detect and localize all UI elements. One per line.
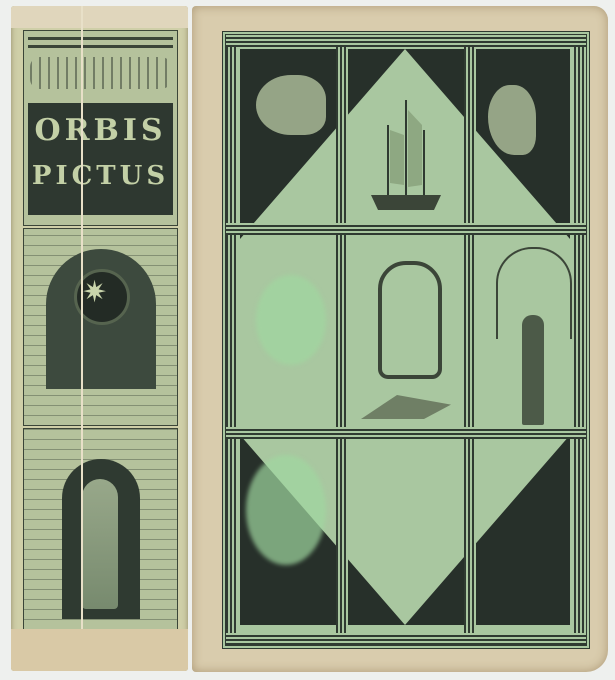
spine-title-line1: ORBIS xyxy=(28,113,173,148)
eagle-motif xyxy=(488,85,536,155)
soldier-motif xyxy=(522,315,544,425)
frame-bar xyxy=(226,427,586,439)
spine-figure-panel xyxy=(23,428,178,630)
lyre-icon xyxy=(378,261,442,379)
frame-bar xyxy=(226,223,586,235)
frame-bar xyxy=(464,35,476,645)
title-block: ORBIS PICTUS xyxy=(28,103,173,215)
wear-stain xyxy=(256,275,326,365)
frame-bar xyxy=(226,35,238,645)
spine-top-cap xyxy=(11,6,188,28)
wear-stain xyxy=(246,455,326,565)
spine-star-panel: ✷ xyxy=(23,228,178,426)
book-spine: ORBIS PICTUS ✷ xyxy=(11,6,188,671)
scroll-ornament xyxy=(30,57,171,89)
frame-bar xyxy=(226,633,586,645)
rule xyxy=(28,37,173,40)
rule xyxy=(28,45,173,48)
spine-bottom-cap xyxy=(11,629,188,671)
star-icon: ✷ xyxy=(82,275,107,310)
spine-title-line2: PICTUS xyxy=(28,161,173,191)
ship-icon xyxy=(366,95,446,215)
frame-bar xyxy=(574,35,586,645)
cover-frame xyxy=(222,31,590,649)
lion-motif xyxy=(256,75,326,135)
classical-figure xyxy=(82,479,118,609)
spine-title-panel: ORBIS PICTUS xyxy=(23,30,178,226)
frame-bar xyxy=(226,35,586,47)
frame-bar xyxy=(336,35,348,645)
book-cover xyxy=(192,6,608,672)
spine-crack xyxy=(81,6,83,671)
book-icon xyxy=(361,395,451,419)
